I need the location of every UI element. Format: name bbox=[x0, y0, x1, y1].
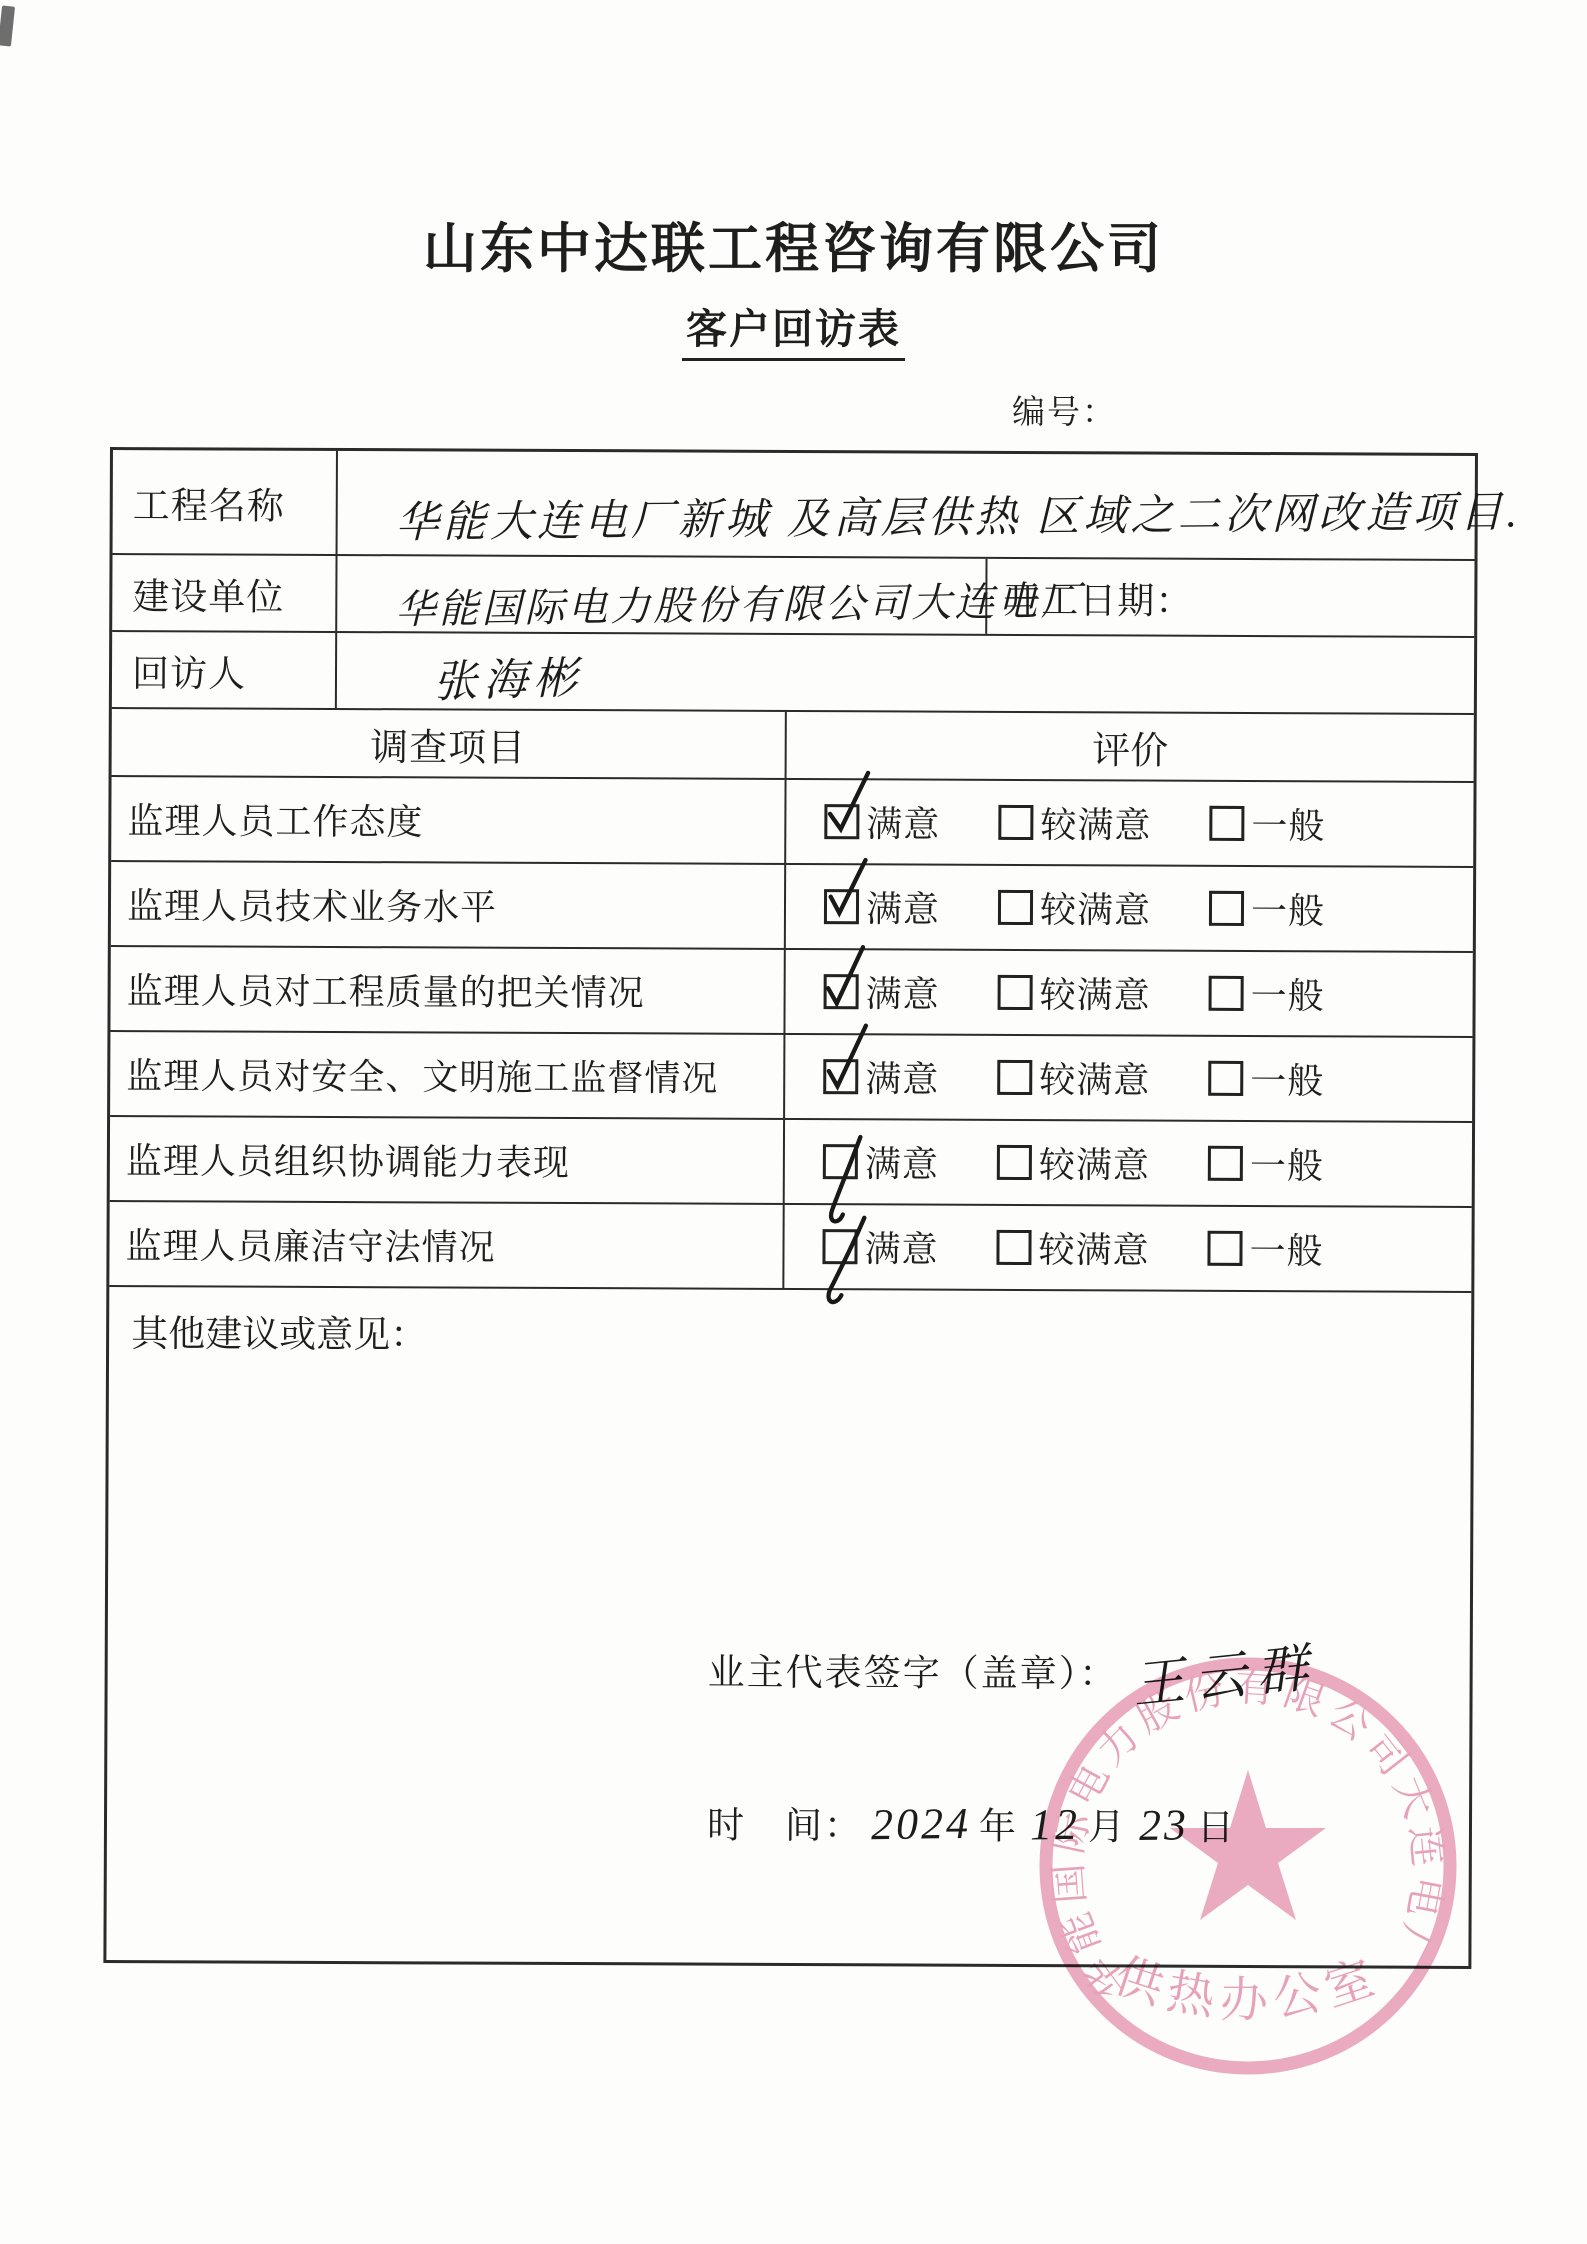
option-label: 一般 bbox=[1251, 968, 1325, 1019]
rating-cell: 满意 较满意 一般 bbox=[786, 780, 1473, 866]
option-label: 满意 bbox=[866, 881, 940, 932]
option-label: 满意 bbox=[864, 1221, 938, 1272]
year-handwritten: 2024 bbox=[871, 1798, 972, 1850]
checkbox-empty bbox=[998, 975, 1033, 1010]
year-unit: 年 bbox=[979, 1796, 1018, 1850]
option-average: 一般 bbox=[1207, 1223, 1323, 1275]
rating-cell: 满意 较满意 一般 bbox=[784, 1205, 1471, 1291]
option-label: 较满意 bbox=[1038, 1222, 1149, 1273]
option-satisfied: 满意 bbox=[822, 1221, 938, 1273]
survey-row: 监理人员对安全、文明施工监督情况 满意 较满意 一般 bbox=[110, 1032, 1472, 1123]
option-fairly-satisfied: 较满意 bbox=[998, 797, 1151, 849]
option-label: 较满意 bbox=[1039, 1137, 1150, 1188]
survey-row: 监理人员工作态度 满意 较满意 一般 bbox=[111, 777, 1473, 868]
stamp-star-icon bbox=[1170, 1770, 1326, 1920]
project-name-handwritten: 华能大连电厂新城 及高层供热 区域之二次网改造项目. bbox=[395, 478, 1521, 550]
survey-row: 监理人员廉洁守法情况 满意 较满意 一般 bbox=[109, 1202, 1471, 1293]
option-label: 一般 bbox=[1250, 1138, 1324, 1189]
option-label: 满意 bbox=[866, 796, 940, 847]
option-satisfied: 满意 bbox=[823, 1051, 939, 1103]
stamp-bottom-text: 供热办公室 bbox=[1108, 1949, 1388, 2027]
company-stamp: 华能国际电力股份有限公司大连电厂 供热办公室 bbox=[1024, 1642, 1472, 2090]
checkbox-checked bbox=[822, 1229, 857, 1264]
table-row-owner: 建设单位 华能国际电力股份有限公司大连电厂 开工日期： bbox=[112, 555, 1474, 638]
survey-row: 监理人员对工程质量的把关情况 满意 较满意 一般 bbox=[110, 947, 1472, 1038]
checkbox-empty bbox=[1208, 1146, 1243, 1181]
survey-item-label: 监理人员技术业务水平 bbox=[111, 862, 786, 948]
check-mark-icon bbox=[822, 851, 874, 927]
owner-label: 建设单位 bbox=[112, 555, 337, 631]
option-label: 较满意 bbox=[1039, 1052, 1150, 1103]
header-survey-item: 调查项目 bbox=[112, 709, 787, 778]
option-label: 一般 bbox=[1251, 798, 1325, 849]
option-satisfied: 满意 bbox=[824, 796, 940, 848]
option-fairly-satisfied: 较满意 bbox=[998, 882, 1151, 934]
checkbox-checked bbox=[824, 974, 859, 1009]
option-satisfied: 满意 bbox=[823, 1136, 939, 1188]
option-average: 一般 bbox=[1209, 968, 1325, 1020]
checkbox-checked bbox=[823, 1144, 858, 1179]
checkbox-empty bbox=[1209, 976, 1244, 1011]
form-title-text: 客户回访表 bbox=[682, 306, 905, 361]
company-title: 山东中达联工程咨询有限公司 bbox=[0, 206, 1587, 283]
survey-item-label: 监理人员组织协调能力表现 bbox=[110, 1117, 785, 1203]
checkbox-checked bbox=[824, 804, 859, 839]
survey-item-label: 监理人员廉洁守法情况 bbox=[109, 1202, 784, 1288]
check-mark-icon bbox=[822, 766, 874, 842]
option-fairly-satisfied: 较满意 bbox=[997, 1052, 1150, 1104]
checkbox-empty bbox=[997, 1060, 1032, 1095]
rating-cell: 满意 较满意 一般 bbox=[786, 865, 1473, 951]
time-label: 时 间： bbox=[707, 1795, 863, 1850]
table-header-row: 调查项目 评价 bbox=[112, 709, 1474, 783]
rating-cell: 满意 较满意 一般 bbox=[785, 950, 1472, 1036]
survey-item-label: 监理人员对工程质量的把关情况 bbox=[110, 947, 785, 1033]
checkbox-empty bbox=[1208, 1061, 1243, 1096]
checkbox-empty bbox=[996, 1230, 1031, 1265]
option-label: 较满意 bbox=[1040, 967, 1151, 1018]
survey-row: 监理人员技术业务水平 满意 较满意 一般 bbox=[111, 862, 1473, 953]
option-label: 较满意 bbox=[1040, 797, 1151, 848]
visitor-cell: 张海彬 bbox=[337, 633, 1474, 713]
option-label: 满意 bbox=[865, 1136, 939, 1187]
checkbox-empty bbox=[998, 890, 1033, 925]
option-fairly-satisfied: 较满意 bbox=[997, 1137, 1150, 1189]
checkbox-empty bbox=[1207, 1231, 1242, 1266]
survey-row: 监理人员组织协调能力表现 满意 较满意 一般 bbox=[110, 1117, 1472, 1208]
checkbox-checked bbox=[823, 1059, 858, 1094]
checkbox-empty bbox=[997, 1145, 1032, 1180]
serial-number-label: 编号： bbox=[1012, 386, 1117, 433]
option-satisfied: 满意 bbox=[824, 966, 940, 1018]
option-label: 一般 bbox=[1251, 883, 1325, 934]
visitor-label: 回访人 bbox=[112, 632, 337, 708]
checkbox-checked bbox=[824, 889, 859, 924]
header-rating: 评价 bbox=[787, 712, 1474, 781]
check-mark-icon bbox=[821, 1021, 873, 1097]
owner-handwritten: 华能国际电力股份有限公司大连电厂 bbox=[395, 569, 1084, 635]
survey-item-label: 监理人员对安全、文明施工监督情况 bbox=[110, 1032, 785, 1118]
owner-cell: 华能国际电力股份有限公司大连电厂 bbox=[337, 556, 987, 634]
option-average: 一般 bbox=[1208, 1138, 1324, 1190]
option-fairly-satisfied: 较满意 bbox=[998, 967, 1151, 1019]
option-average: 一般 bbox=[1209, 798, 1325, 850]
project-name-label: 工程名称 bbox=[113, 450, 338, 554]
check-mark-icon bbox=[822, 936, 874, 1012]
comments-label: 其他建议或意见： bbox=[131, 1314, 427, 1356]
table-row-visitor: 回访人 张海彬 bbox=[112, 632, 1474, 715]
option-average: 一般 bbox=[1209, 883, 1325, 935]
rating-cell: 满意 较满意 一般 bbox=[785, 1035, 1472, 1121]
checkbox-empty bbox=[998, 805, 1033, 840]
option-satisfied: 满意 bbox=[824, 881, 940, 933]
scanned-form-page: 山东中达联工程咨询有限公司 客户回访表 编号： 工程名称 华能大连电厂新城 及高… bbox=[0, 0, 1587, 2244]
checkbox-empty bbox=[1209, 891, 1244, 926]
option-label: 满意 bbox=[866, 966, 940, 1017]
option-label: 满意 bbox=[865, 1051, 939, 1102]
project-name-cell: 华能大连电厂新城 及高层供热 区域之二次网改造项目. bbox=[338, 451, 1475, 559]
option-fairly-satisfied: 较满意 bbox=[996, 1222, 1149, 1274]
rating-cell: 满意 较满意 一般 bbox=[785, 1120, 1472, 1206]
option-label: 较满意 bbox=[1040, 882, 1151, 933]
survey-item-label: 监理人员工作态度 bbox=[111, 777, 786, 863]
visitor-handwritten: 张海彬 bbox=[432, 641, 584, 710]
option-label: 一般 bbox=[1249, 1223, 1323, 1274]
option-average: 一般 bbox=[1208, 1053, 1324, 1105]
form-title: 客户回访表 bbox=[0, 296, 1587, 355]
table-row-project: 工程名称 华能大连电厂新城 及高层供热 区域之二次网改造项目. bbox=[113, 450, 1475, 561]
option-label: 一般 bbox=[1250, 1053, 1324, 1104]
checkbox-empty bbox=[1209, 806, 1244, 841]
scan-artifact bbox=[0, 5, 15, 46]
